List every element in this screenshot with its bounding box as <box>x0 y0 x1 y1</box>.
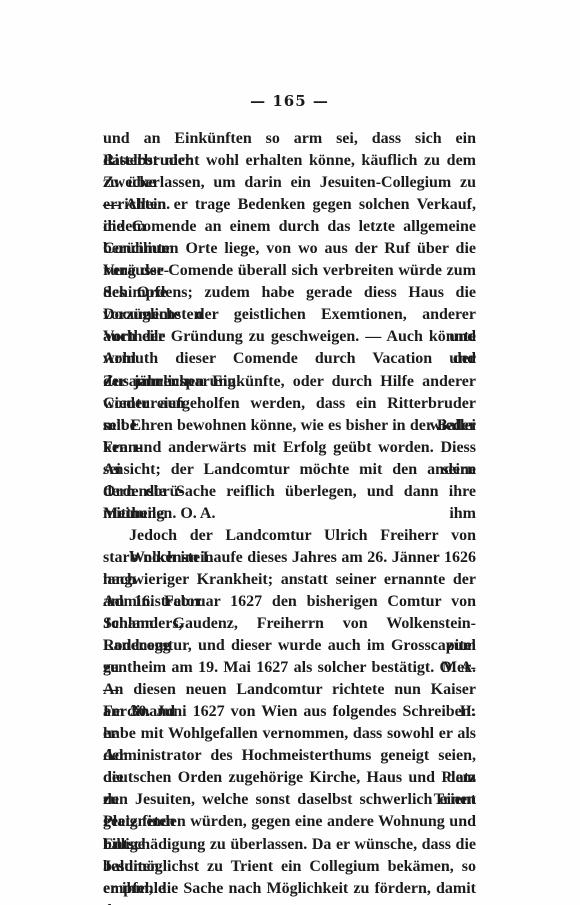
text-line: des Ordens; zudem habe gerade diess Haus… <box>103 282 476 304</box>
text-line: Platz finden würden, gegen eine andere W… <box>103 811 476 833</box>
text-line: und an Einkünften so arm sei, dass sich … <box>103 128 476 150</box>
text-line: der jährlichen Einkünfte, oder durch Hil… <box>103 371 476 393</box>
text-line: langwieriger Krankheit; anstatt seiner e… <box>103 569 476 591</box>
text-line: habe mit Wohlgefallen vernommen, dass so… <box>103 723 476 745</box>
text-line: wieder aufgeholfen werden, dass ein Ritt… <box>103 393 476 415</box>
text-line: starb noch im Laufe dieses Jahres am 26.… <box>103 547 476 569</box>
text-line: zu überlassen, um darin ein Jesuiten-Col… <box>103 172 476 194</box>
text-line: ken und anderwärts mit Erfolg geübt word… <box>103 437 476 459</box>
page-number: — 165 — <box>103 92 476 110</box>
text-line: Johann Gaudenz, Freiherrn von Wolkenstei… <box>103 613 476 635</box>
text-line: Entschädigung zu überlassen. Da er wünsc… <box>103 834 476 856</box>
body-text: und an Einkünften so arm sei, dass sich … <box>103 128 476 900</box>
text-line: Armuth dieser Comende durch Vacation und… <box>103 348 476 370</box>
text-line: gentheim am 19. Mai 1627 als solcher bes… <box>103 657 476 679</box>
text-line: An diesen neuen Landcomtur richtete nun … <box>103 679 476 701</box>
text-line: am 30. Juni 1627 von Wien aus folgendes … <box>103 701 476 723</box>
text-line: Landcomtur, und dieser wurde auch im Gro… <box>103 635 476 657</box>
text-line: den Jesuiten, welche sonst daselbst schw… <box>103 789 476 811</box>
text-line: Ansicht; der Landcomtur möchte mit den a… <box>103 459 476 481</box>
text-line: mit Ehren bewohnen könne, wie es bisher … <box>103 415 476 437</box>
text-line: Administrator des Hochmeisterthums genei… <box>103 745 476 767</box>
paragraph-start-line: Jedoch der Landcomtur Ulrich Freiherr vo… <box>103 525 476 547</box>
text-line: am 16. Februar 1627 den bisherigen Comtu… <box>103 591 476 613</box>
text-line: daselbst nicht wohl erhalten könne, käuf… <box>103 150 476 172</box>
text-line: baldmöglichst zu Trient ein Collegium be… <box>103 856 476 878</box>
text-line: — Allein er trage Bedenken gegen solchen… <box>103 194 476 216</box>
book-page: — 165 — und an Einkünften so arm sei, da… <box>0 0 580 905</box>
text-line: Documente der geistlichen Exemtionen, an… <box>103 304 476 326</box>
text-line: dern die Sache reiflich überlegen, und d… <box>103 481 476 503</box>
text-line: rung der Comende überall sich verbreiten… <box>103 260 476 282</box>
text-line: er ihm, die Sache nach Möglichkeit zu fö… <box>103 878 476 900</box>
text-line: die Comende an einem durch das letzte al… <box>103 216 476 238</box>
text-line: auch der Gründung zu geschweigen. — Auch… <box>103 326 476 348</box>
text-line: deutschen Orden zugehörige Kirche, Haus … <box>103 767 476 789</box>
text-line: berühmten Orte liege, von wo aus der Ruf… <box>103 238 476 260</box>
